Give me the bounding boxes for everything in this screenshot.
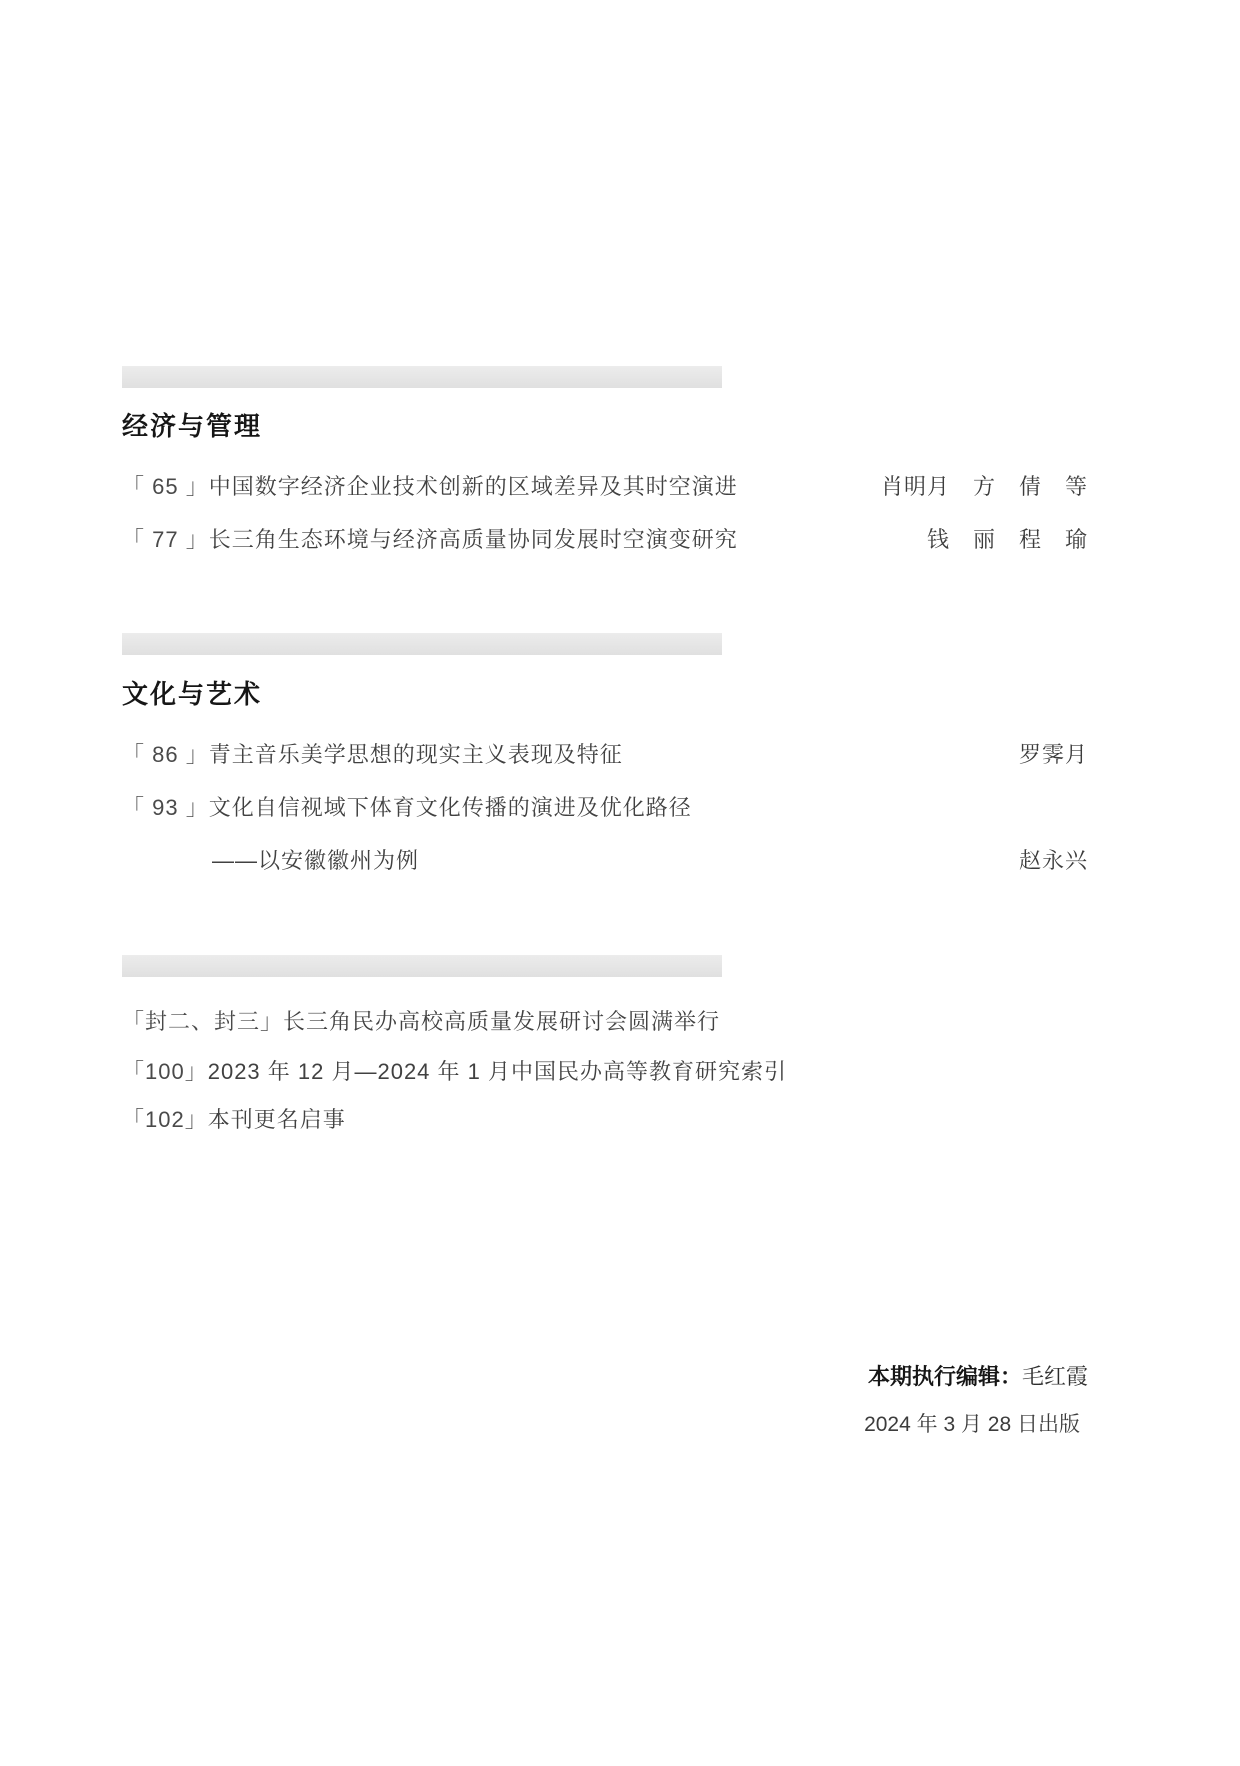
section-heading-culture: 文化与艺术 — [122, 678, 262, 710]
toc-entry: 「 65 」 中国数字经济企业技术创新的区域差异及其时空演进 肖明月 方 倩 等 — [122, 471, 1088, 503]
toc-entry: 「 86 」 青主音乐美学思想的现实主义表现及特征 罗霁月 — [122, 739, 1088, 771]
toc-entry-page-number: 「 65 」 — [122, 471, 209, 503]
executive-editor-label: 本期执行编辑： — [868, 1364, 1022, 1389]
toc-entry-title: 本刊更名启事 — [208, 1104, 346, 1136]
executive-editor-name: 毛红霞 — [1022, 1364, 1088, 1389]
toc-page: 经济与管理 「 65 」 中国数字经济企业技术创新的区域差异及其时空演进 肖明月… — [0, 0, 1240, 1766]
section-divider-bar — [122, 955, 722, 977]
toc-entry-title-group: 「封二、封三」 长三角民办高校高质量发展研讨会圆满举行 — [122, 1006, 720, 1038]
toc-entry-title-group: 「102」 本刊更名启事 — [122, 1104, 346, 1136]
toc-entry-page-number: 「 93 」 — [122, 792, 209, 824]
toc-entry-title-group: 「 93 」 文化自信视域下体育文化传播的演进及优化路径 — [122, 792, 692, 824]
toc-entry-title-group: 「 65 」 中国数字经济企业技术创新的区域差异及其时空演进 — [122, 471, 738, 503]
toc-entry-page-number: 「102」 — [122, 1104, 208, 1136]
toc-entry-subtitle-group: ——以安徽徽州为例 — [122, 845, 419, 877]
toc-entry-title: 青主音乐美学思想的现实主义表现及特征 — [209, 739, 623, 771]
toc-entry-authors: 赵永兴 — [1019, 845, 1088, 877]
toc-entry: 「封二、封三」 长三角民办高校高质量发展研讨会圆满举行 — [122, 1006, 1088, 1038]
toc-entry-title: 文化自信视域下体育文化传播的演进及优化路径 — [209, 792, 692, 824]
executive-editor-line: 本期执行编辑：毛红霞 — [868, 1362, 1088, 1392]
section-divider-bar — [122, 633, 722, 655]
toc-entry: 「102」 本刊更名启事 — [122, 1104, 1088, 1136]
toc-entry-title: 中国数字经济企业技术创新的区域差异及其时空演进 — [209, 471, 738, 503]
section-heading-economics: 经济与管理 — [122, 410, 262, 442]
toc-entry-page-number: 「 77 」 — [122, 524, 209, 556]
toc-entry: 「 93 」 文化自信视域下体育文化传播的演进及优化路径 — [122, 792, 1088, 824]
toc-entry-title: 长三角民办高校高质量发展研讨会圆满举行 — [283, 1006, 720, 1038]
toc-entry-title-group: 「 77 」 长三角生态环境与经济高质量协同发展时空演变研究 — [122, 524, 738, 556]
toc-entry-subtitle-row: ——以安徽徽州为例 赵永兴 — [122, 845, 1088, 877]
publish-date: 2024 年 3 月 28 日出版 — [864, 1410, 1080, 1440]
toc-entry-title-group: 「 86 」 青主音乐美学思想的现实主义表现及特征 — [122, 739, 623, 771]
toc-entry-page-number: 「封二、封三」 — [122, 1006, 283, 1038]
toc-entry-title: 长三角生态环境与经济高质量协同发展时空演变研究 — [209, 524, 738, 556]
section-divider-bar — [122, 366, 722, 388]
toc-entry-subtitle: ——以安徽徽州为例 — [212, 845, 419, 877]
toc-entry-authors: 钱 丽 程 瑜 — [927, 524, 1088, 556]
toc-entry: 「 77 」 长三角生态环境与经济高质量协同发展时空演变研究 钱 丽 程 瑜 — [122, 524, 1088, 556]
toc-entry-authors: 罗霁月 — [1019, 739, 1088, 771]
toc-entry-page-number: 「100」 — [122, 1056, 208, 1088]
toc-entry-page-number: 「 86 」 — [122, 739, 209, 771]
toc-entry-authors: 肖明月 方 倩 等 — [881, 471, 1088, 503]
toc-entry: 「100」 2023 年 12 月—2024 年 1 月中国民办高等教育研究索引 — [122, 1056, 1088, 1088]
toc-entry-title: 2023 年 12 月—2024 年 1 月中国民办高等教育研究索引 — [208, 1056, 787, 1088]
toc-entry-title-group: 「100」 2023 年 12 月—2024 年 1 月中国民办高等教育研究索引 — [122, 1056, 787, 1088]
